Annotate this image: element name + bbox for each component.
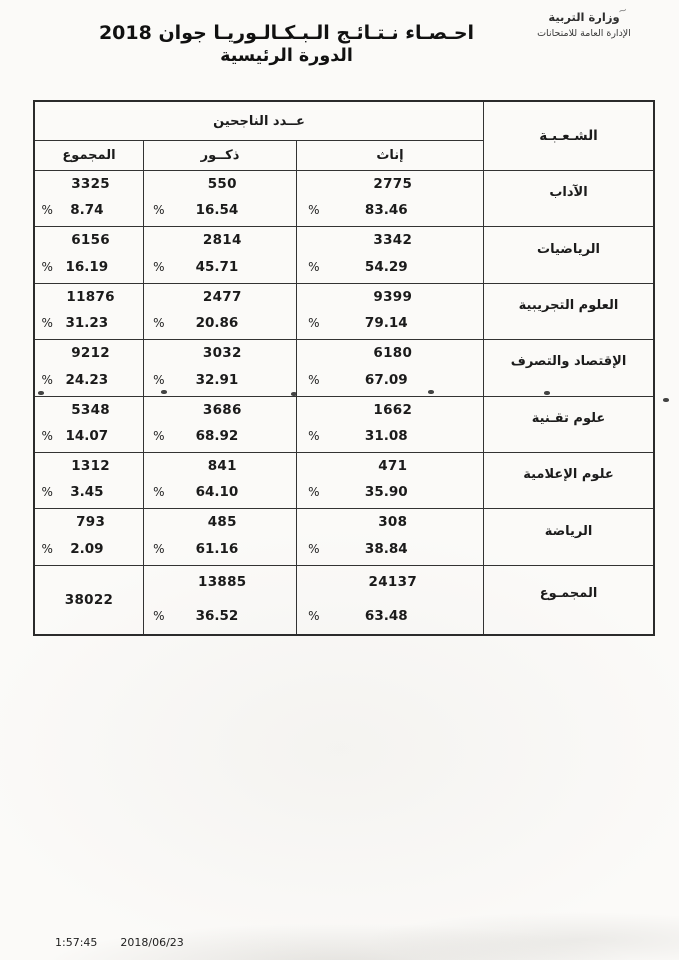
males-count: 841: [144, 458, 296, 474]
branch-label: علوم الإعلامية: [483, 453, 653, 508]
percent-sign: %: [308, 429, 319, 443]
scan-artifact-dot: [544, 391, 550, 395]
table-row: الآداب 2775 %83.46 550 %16.54 3325 %8.74: [35, 170, 653, 226]
total-count: 1312: [35, 458, 143, 474]
percent-sign: %: [308, 316, 319, 330]
males-cell: 3686 %68.92: [143, 397, 296, 452]
percent-sign: %: [308, 203, 319, 217]
females-count: 6180: [297, 345, 483, 361]
page-subtitle: الدورة الرئيسية: [89, 46, 484, 66]
males-count: 550: [144, 176, 296, 192]
females-cell: 9399 %79.14: [296, 284, 483, 339]
females-count: 308: [297, 514, 483, 530]
males-percent: 16.54: [162, 202, 271, 218]
males-percent: 64.10: [162, 484, 271, 500]
document-title-block: احـصـاء نـتـائـج الـبـكـالـوريـا جوان 20…: [89, 22, 484, 66]
percent-sign: %: [153, 373, 164, 387]
total-count: 6156: [35, 232, 143, 248]
females-percent: 83.46: [319, 202, 453, 218]
females-cell: 2775 %83.46: [296, 171, 483, 226]
total-cell: 793 %2.09: [35, 509, 143, 564]
percent-sign: %: [153, 485, 164, 499]
percent-sign: %: [308, 485, 319, 499]
females-percent: 67.09: [319, 372, 453, 388]
percent-sign: %: [153, 316, 164, 330]
print-time: 1:57:45: [55, 936, 97, 949]
males-column-header: ذكــور: [143, 140, 296, 170]
total-count: 5348: [35, 402, 143, 418]
branch-label: الآداب: [483, 171, 653, 226]
males-count: 2814: [144, 232, 296, 248]
males-cell: 841 %64.10: [143, 453, 296, 508]
males-percent: 32.91: [162, 372, 271, 388]
females-cell: 1662 %31.08: [296, 397, 483, 452]
total-row-label: المجمـوع: [483, 566, 653, 634]
print-date: 2018/06/23: [120, 936, 183, 949]
males-cell: 485 %61.16: [143, 509, 296, 564]
branch-label: الرياضة: [483, 509, 653, 564]
females-percent: 31.08: [319, 428, 453, 444]
total-percent: 31.23: [48, 315, 126, 331]
branch-label: الرياضيات: [483, 227, 653, 282]
males-percent: 20.86: [162, 315, 271, 331]
scan-artifact-dot: [663, 398, 669, 402]
males-cell: 2477 %20.86: [143, 284, 296, 339]
percent-sign: %: [308, 260, 319, 274]
total-cell: 3325 %8.74: [35, 171, 143, 226]
branch-column-header: الشـعـبـة: [483, 102, 653, 170]
total-count: 9212: [35, 345, 143, 361]
percent-sign: %: [153, 260, 164, 274]
males-percent: 61.16: [162, 541, 271, 557]
print-timestamp: 1:57:45 2018/06/23: [55, 936, 184, 949]
females-cell: 308 %38.84: [296, 509, 483, 564]
scan-artifact-dot: [38, 391, 44, 395]
ministry-letterhead: وزارة التربية الإدارة العامة للامتحانات: [519, 10, 649, 39]
total-cell: 9212 %24.23: [35, 340, 143, 395]
ministry-name: وزارة التربية: [519, 10, 649, 24]
females-column-header: إناث: [296, 140, 483, 170]
males-percent: 36.52: [162, 608, 271, 624]
table-row: الإقتصاد والتصرف 6180 %67.09 3032 %32.91…: [35, 339, 653, 395]
percent-sign: %: [308, 609, 319, 623]
total-percent: 14.07: [48, 428, 126, 444]
females-cell: 6180 %67.09: [296, 340, 483, 395]
total-cell: 5348 %14.07: [35, 397, 143, 452]
successful-count-group-header: عــدد الناجحين: [35, 102, 483, 140]
total-count: 11876: [35, 289, 143, 305]
total-percent: 8.74: [48, 202, 126, 218]
percent-sign: %: [41, 260, 52, 274]
males-count: 2477: [144, 289, 296, 305]
females-cell: 471 %35.90: [296, 453, 483, 508]
males-cell: 2814 %45.71: [143, 227, 296, 282]
percent-sign: %: [308, 373, 319, 387]
females-cell: 24137 %63.48: [296, 566, 483, 634]
percent-sign: %: [41, 429, 52, 443]
percent-sign: %: [153, 609, 164, 623]
percent-sign: %: [308, 542, 319, 556]
table-total-row: المجمـوع 24137 %63.48 13885 %36.52 38022: [35, 565, 653, 634]
scan-artifact-dot: [428, 390, 434, 394]
branch-label: الإقتصاد والتصرف: [483, 340, 653, 395]
total-column-header: المجموع: [35, 140, 143, 170]
branch-label: علوم تقـنية: [483, 397, 653, 452]
table-row: علوم تقـنية 1662 %31.08 3686 %68.92 5348…: [35, 396, 653, 452]
table-header: الشـعـبـة عــدد الناجحين إناث ذكــور الم…: [35, 102, 653, 170]
females-count: 3342: [297, 232, 483, 248]
total-cell: 11876 %31.23: [35, 284, 143, 339]
total-percent: 16.19: [48, 259, 126, 275]
page-title: احـصـاء نـتـائـج الـبـكـالـوريـا جوان 20…: [89, 22, 484, 44]
total-percent: 2.09: [48, 541, 126, 557]
females-count: 2775: [297, 176, 483, 192]
table-row: العلوم التجريبية 9399 %79.14 2477 %20.86…: [35, 283, 653, 339]
results-table: الشـعـبـة عــدد الناجحين إناث ذكــور الم…: [33, 100, 655, 636]
females-percent: 35.90: [319, 484, 453, 500]
percent-sign: %: [153, 429, 164, 443]
total-count: 793: [35, 514, 143, 530]
males-count: 485: [144, 514, 296, 530]
table-row: الرياضة 308 %38.84 485 %61.16 793 %2.09: [35, 508, 653, 564]
females-count: 9399: [297, 289, 483, 305]
total-percent: 24.23: [48, 372, 126, 388]
percent-sign: %: [41, 203, 52, 217]
branch-label: العلوم التجريبية: [483, 284, 653, 339]
females-percent: 54.29: [319, 259, 453, 275]
total-count: 3325: [35, 176, 143, 192]
total-cell: 6156 %16.19: [35, 227, 143, 282]
percent-sign: %: [41, 485, 52, 499]
males-count: 3032: [144, 345, 296, 361]
males-cell: 3032 %32.91: [143, 340, 296, 395]
total-percent: 3.45: [48, 484, 126, 500]
males-count: 13885: [144, 574, 296, 590]
males-count: 3686: [144, 402, 296, 418]
scan-artifact-dot: [161, 390, 167, 394]
females-percent: 79.14: [319, 315, 453, 331]
percent-sign: %: [41, 316, 52, 330]
females-count: 471: [297, 458, 483, 474]
percent-sign: %: [153, 542, 164, 556]
females-percent: 63.48: [319, 608, 453, 624]
scan-artifact-dot: [291, 392, 297, 396]
females-count: 1662: [297, 402, 483, 418]
grand-total-cell: 38022: [35, 566, 143, 634]
males-percent: 45.71: [162, 259, 271, 275]
grand-total-count: 38022: [65, 592, 113, 608]
total-cell: 1312 %3.45: [35, 453, 143, 508]
females-cell: 3342 %54.29: [296, 227, 483, 282]
percent-sign: %: [153, 203, 164, 217]
females-count: 24137: [297, 574, 483, 590]
percent-sign: %: [41, 373, 52, 387]
ministry-department: الإدارة العامة للامتحانات: [519, 28, 649, 39]
males-percent: 68.92: [162, 428, 271, 444]
males-cell: 13885 %36.52: [143, 566, 296, 634]
females-percent: 38.84: [319, 541, 453, 557]
males-cell: 550 %16.54: [143, 171, 296, 226]
percent-sign: %: [41, 542, 52, 556]
table-row: علوم الإعلامية 471 %35.90 841 %64.10 131…: [35, 452, 653, 508]
table-row: الرياضيات 3342 %54.29 2814 %45.71 6156 %…: [35, 226, 653, 282]
